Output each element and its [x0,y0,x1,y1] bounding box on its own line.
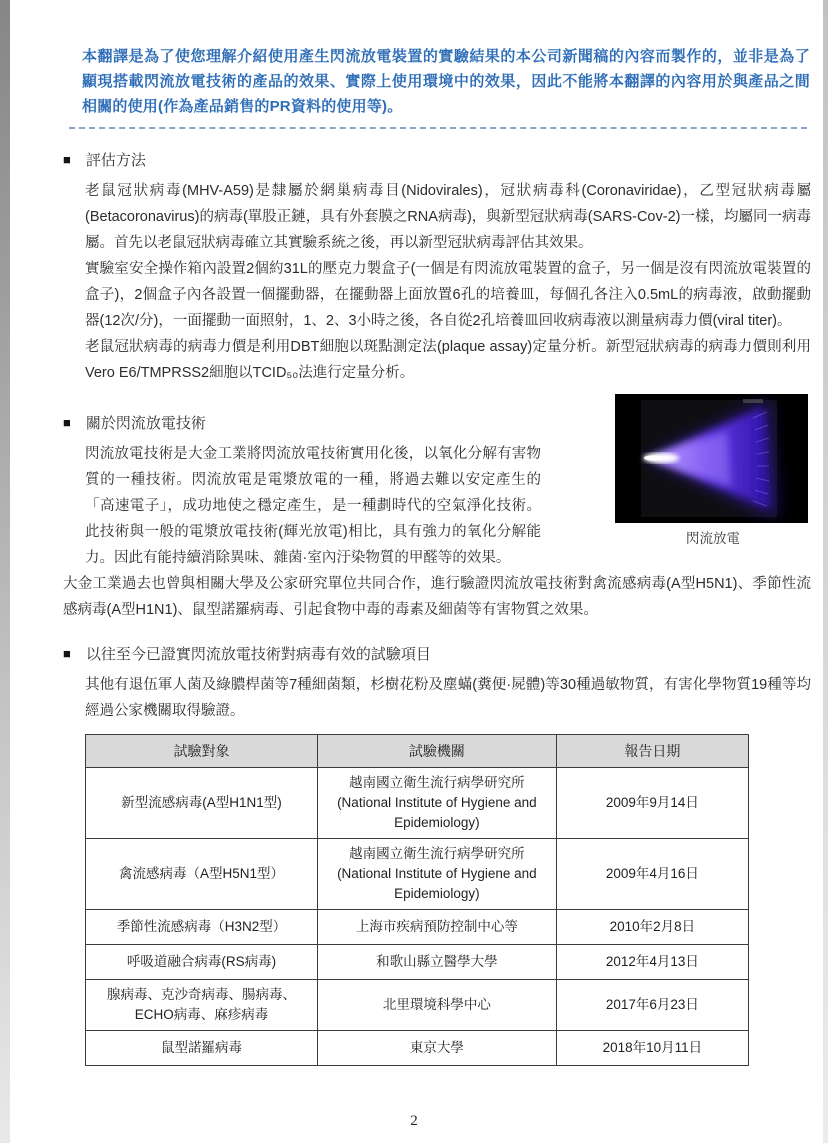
table-row: 呼吸道融合病毒(RS病毒) 和歌山縣立醫學大學 2012年4月13日 [86,945,749,980]
report-date-cell: 2009年9月14日 [556,768,748,839]
streamer-discharge-figure: 閃流放電 [615,394,811,547]
test-organization-cell: 北里環境科學中心 [318,980,557,1031]
table-row: 禽流感病毒（A型H5N1型） 越南國立衛生流行病學研究所 (National I… [86,839,749,910]
test-organization-cell: 東京大學 [318,1031,557,1066]
section-evaluation-method: ■ 評估方法 老鼠冠狀病毒(MHV-A59)是隸屬於網巢病毒目(Nidovira… [63,149,811,386]
paragraph-virus-classification: 老鼠冠狀病毒(MHV-A59)是隸屬於網巢病毒目(Nidovirales)，冠狀… [85,178,811,256]
section-test-items: ■ 以往至今已證實閃流放電技術對病毒有效的試驗項目 其他有退伍軍人菌及綠膿桿菌等… [63,643,811,1066]
dashed-divider [69,127,807,129]
section-about-streamer: ■ 關於閃流放電技術 閃流放電技術是大金工業將閃流放電技術實用化後，以氧化分解有… [63,392,811,623]
test-subject-cell: 腺病毒、克沙奇病毒、腸病毒、 ECHO病毒、麻疹病毒 [86,980,318,1031]
section-title: 以往至今已證實閃流放電技術對病毒有效的試驗項目 [86,643,431,664]
square-bullet-icon: ■ [63,153,71,166]
section-title: 評估方法 [86,149,146,170]
report-date-cell: 2009年4月16日 [556,839,748,910]
figure-caption: 閃流放電 [615,527,811,547]
paragraph-past-collaboration: 大金工業過去也曾與相關大學及公家研究單位共同合作，進行驗證閃流放電技術對禽流感病… [63,571,811,623]
paragraph-other-verifications: 其他有退伍軍人菌及綠膿桿菌等7種細菌類，杉樹花粉及塵蟎(糞便·屍體)等30種過敏… [85,672,811,724]
table-row: 新型流感病毒(A型H1N1型) 越南國立衛生流行病學研究所 (National … [86,768,749,839]
test-organization-cell: 上海市疾病預防控制中心等 [318,910,557,945]
test-subject-cell: 禽流感病毒（A型H5N1型） [86,839,318,910]
test-results-table: 試驗對象 試驗機關 報告日期 新型流感病毒(A型H1N1型) 越南國立衛生流行病… [85,734,749,1066]
section-heading: ■ 以往至今已證實閃流放電技術對病毒有效的試驗項目 [63,643,811,664]
section-heading: ■ 評估方法 [63,149,811,170]
table-row: 季節性流感病毒（H3N2型） 上海市疾病預防控制中心等 2010年2月8日 [86,910,749,945]
streamer-discharge-image [615,394,808,523]
square-bullet-icon: ■ [63,416,71,429]
section-title: 關於閃流放電技術 [86,412,206,433]
scan-edge-left-shadow [0,0,10,1143]
paragraph-experiment-setup: 實驗室安全操作箱內設置2個約31L的壓克力製盒子(一個是有閃流放電裝置的盒子，另… [85,256,811,334]
paragraph-streamer-description: 閃流放電技術是大金工業將閃流放電技術實用化後，以氧化分解有害物質的一種技術。閃流… [85,441,541,571]
report-date-cell: 2012年4月13日 [556,945,748,980]
test-subject-cell: 季節性流感病毒（H3N2型） [86,910,318,945]
test-subject-cell: 新型流感病毒(A型H1N1型) [86,768,318,839]
scan-edge-right-shadow [823,0,828,1143]
test-subject-cell: 呼吸道融合病毒(RS病毒) [86,945,318,980]
square-bullet-icon: ■ [63,647,71,660]
table-header-row: 試驗對象 試驗機關 報告日期 [86,735,749,768]
test-subject-cell: 鼠型諾羅病毒 [86,1031,318,1066]
header-test-organization: 試驗機關 [318,735,557,768]
page-number: 2 [0,1113,828,1130]
translation-disclaimer: 本翻譯是為了使您理解介紹使用產生閃流放電裝置的實驗結果的本公司新聞稿的內容而製作… [82,44,810,119]
test-organization-cell: 越南國立衛生流行病學研究所 (National Institute of Hyg… [318,768,557,839]
test-organization-cell: 和歌山縣立醫學大學 [318,945,557,980]
section-heading: ■ 關於閃流放電技術 [63,412,541,433]
report-date-cell: 2017年6月23日 [556,980,748,1031]
table-row: 腺病毒、克沙奇病毒、腸病毒、 ECHO病毒、麻疹病毒 北里環境科學中心 2017… [86,980,749,1031]
test-organization-cell: 越南國立衛生流行病學研究所 (National Institute of Hyg… [318,839,557,910]
report-date-cell: 2018年10月11日 [556,1031,748,1066]
header-report-date: 報告日期 [556,735,748,768]
report-date-cell: 2010年2月8日 [556,910,748,945]
table-row: 鼠型諾羅病毒 東京大學 2018年10月11日 [86,1031,749,1066]
document-content: 本翻譯是為了使您理解介紹使用產生閃流放電裝置的實驗結果的本公司新聞稿的內容而製作… [63,44,811,1066]
paragraph-quantification-method: 老鼠冠狀病毒的病毒力價是利用DBT細胞以斑點測定法(plaque assay)定… [85,334,811,386]
header-test-subject: 試驗對象 [86,735,318,768]
